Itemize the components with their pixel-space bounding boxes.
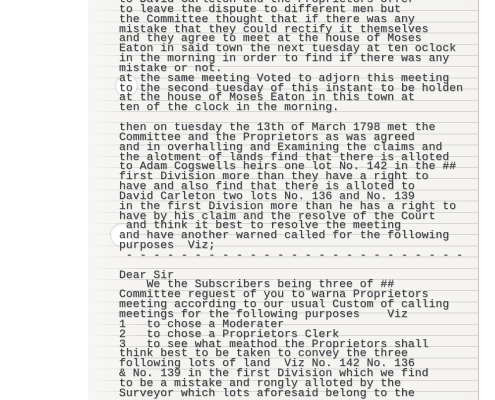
text-line: - - - - - - - - - - - - - - - - - - - - … <box>119 252 491 262</box>
text-line <box>119 262 491 272</box>
text-line: ten of the clock in the morning. <box>119 104 491 114</box>
typewritten-text: to David Carleton and the Proprietors of… <box>119 0 491 400</box>
text-line: Surveyor which lots aforesaid belong to … <box>119 390 491 400</box>
document-scan: { "page": { "background_color": "#ffffff… <box>0 0 495 400</box>
